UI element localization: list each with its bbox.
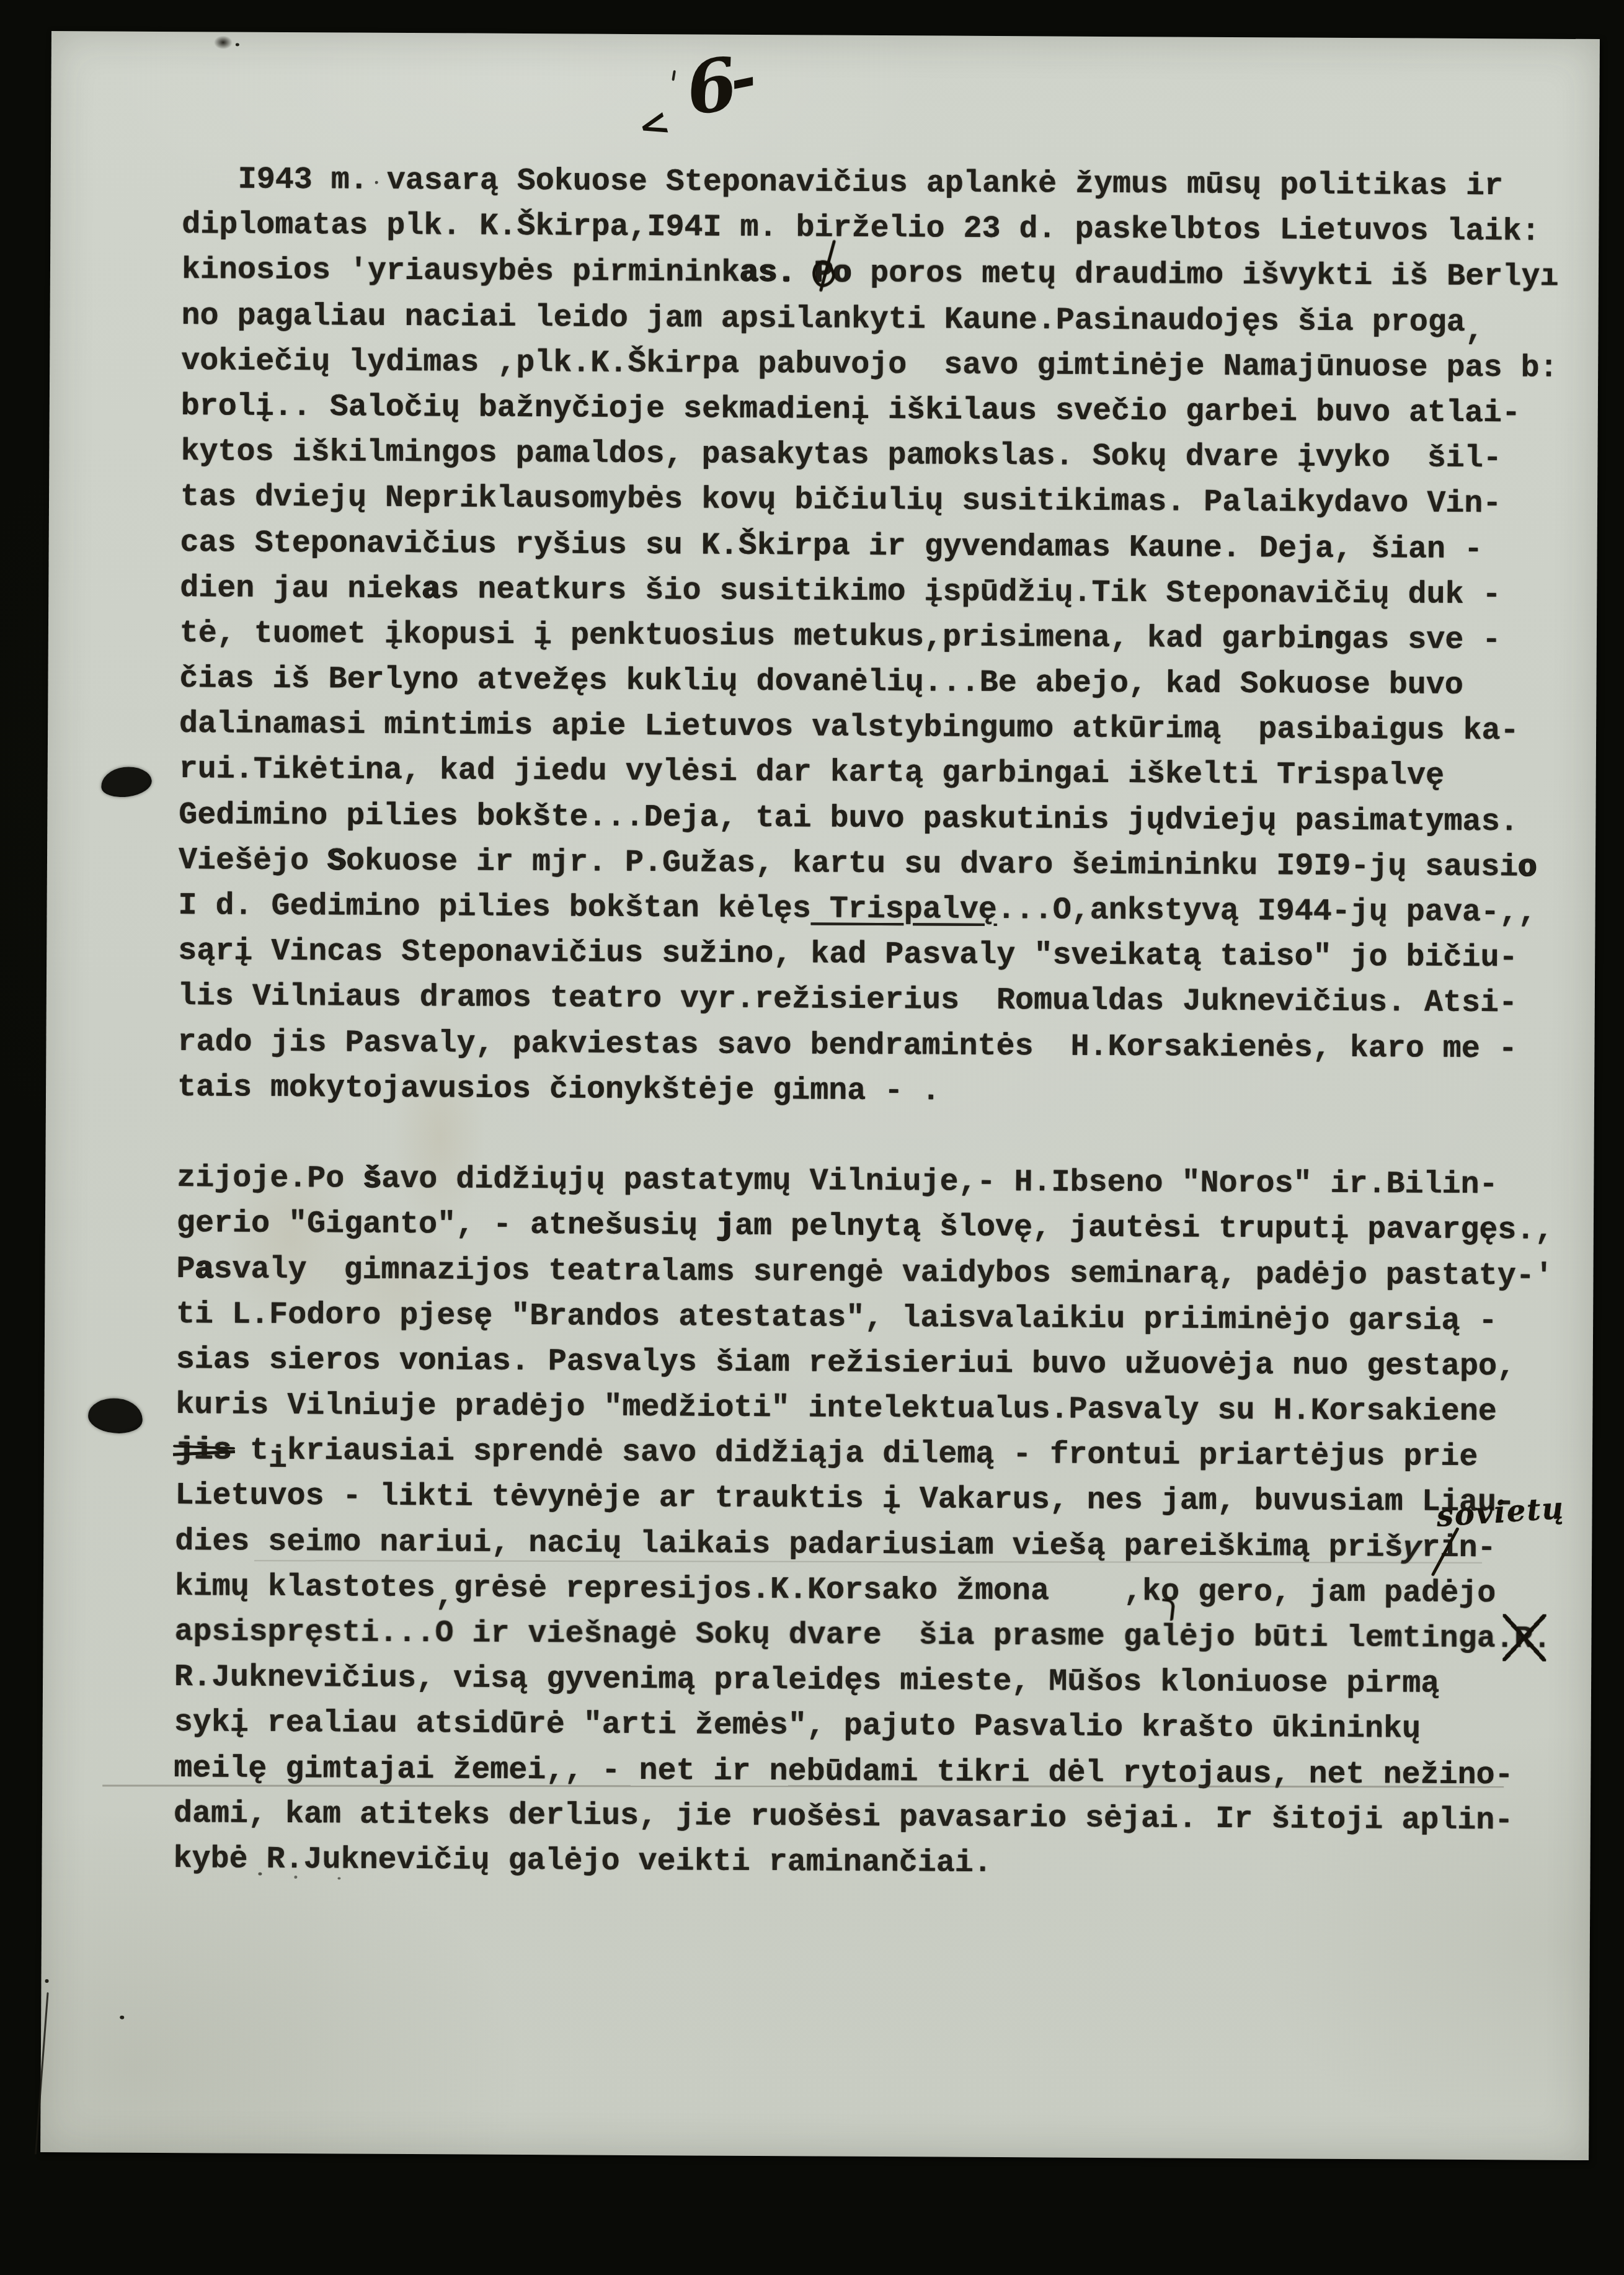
typed-segment: avo didžiųjų pastatymų Vilniuje,- H.Ibse…: [381, 1162, 1498, 1203]
typed-line: gerio "Giganto", - atnešusių jam pelnytą…: [177, 1201, 1554, 1253]
typed-line: apsispręsti...O ir viešnagė Sokų dvare š…: [174, 1609, 1551, 1662]
typed-segment: n: [1315, 622, 1333, 657]
typed-line: Lietuvos - likti tėvynėje ar trauktis į …: [175, 1474, 1552, 1526]
typed-line: I943 m. vasarą Sokuose Steponavičius apl…: [182, 157, 1560, 210]
typed-segment: rui.Tikėtina, kad jiedu vylėsi dar kartą…: [179, 752, 1445, 795]
typed-line: jis tikriausiai sprendė savo didžiąja di…: [175, 1428, 1553, 1480]
handwritten-check-mark: <: [634, 102, 674, 146]
typed-segment: cas Steponavičius ryšius su K.Škirpa ir …: [180, 525, 1483, 568]
typed-segment: rado jis Pasvaly, pakviestas savo bendra…: [177, 1025, 1517, 1067]
typed-segment: Viešėjo: [179, 843, 327, 879]
typed-segment: kinosios 'yriausybės pirminink: [182, 252, 740, 291]
typed-segment: I d. Gedimino pilies bokštan kėlęs: [178, 888, 810, 927]
typed-segment: apsispręsti...O ir viešnagė Sokų dvare š…: [174, 1614, 1161, 1655]
typed-line: kybė R.Juknevičių galėjo veikti raminanč…: [173, 1836, 1550, 1889]
typed-line: cas Steponavičius ryšius su K.Škirpa ir …: [180, 520, 1557, 573]
typed-segment: R: [1514, 1621, 1533, 1657]
typed-segment: l: [1161, 1619, 1179, 1655]
typed-segment: kriausiai sprendė savo didžiąja dilemą -…: [287, 1433, 1478, 1475]
typed-segment: rin-: [1421, 1530, 1496, 1566]
typed-segment: ti L.Fodoro pjesę "Brandos atestatas", l…: [176, 1297, 1498, 1339]
paper-speck: [45, 1979, 49, 1983]
typed-segment: kimų klastotes: [175, 1569, 435, 1606]
typed-segment: no pagaliau naciai leido jam apsilankyti…: [181, 298, 1465, 341]
typed-line: vokiečių lydimas ,plk.K.Škirpa pabuvojo …: [181, 339, 1558, 391]
typed-segment: R.Juknevičius, visą gyvenimą praleidęs m…: [174, 1660, 1440, 1702]
typed-segment: j: [716, 1209, 735, 1244]
typed-line: tas dviejų Nepriklausomybės kovų bičiuli…: [180, 474, 1558, 527]
typed-line: dalinamasi mintimis apie Lietuvos valsty…: [179, 701, 1556, 754]
paper-speck: [294, 1876, 297, 1879]
scanned-document-background: 6 - < I943 m. vasarą Sokuose Steponaviči…: [0, 0, 1624, 2275]
typed-segment: čias iš Berlyno atvežęs kuklių dovanėlių…: [179, 661, 1463, 703]
typed-segment: sąrį Vincas Steponavičius sužino, kad Pa…: [178, 933, 1518, 976]
typed-segment: tė, tuomet įkopusi į penktuosius metukus…: [180, 616, 1315, 657]
typed-line: no pagaliau naciai leido jam apsilankyti…: [181, 293, 1558, 346]
typed-segment: S: [327, 844, 346, 879]
typed-segment: i: [268, 1441, 287, 1477]
typed-segment: lis Vilniaus dramos teatro vyr.režisieri…: [178, 979, 1518, 1021]
typed-segment: poros metų draudimo išvykti iš Berlyı: [851, 256, 1558, 295]
typed-line: ti L.Fodoro pjesę "Brandos atestatas", l…: [176, 1292, 1553, 1345]
typed-segment: Trispalvę: [811, 891, 997, 928]
typed-line: dien jau niekas neatkurs šio susitikimo …: [180, 566, 1557, 618]
typed-segment: [796, 256, 814, 292]
typed-segment: gerio "Giganto", - atnešusių: [177, 1206, 716, 1244]
typed-text: I943 m. vasarą Sokuose Steponavičius apl…: [173, 157, 1559, 1889]
typed-segment: s neatkurs šio susitikimo įspūdžių.Tik S…: [440, 572, 1501, 613]
typed-segment: o: [1518, 850, 1537, 885]
typed-segment: dies seimo nariui, nacių laikais padariu…: [175, 1524, 1403, 1565]
paper-speck: [337, 1877, 340, 1879]
typed-line: R.Juknevičius, visą gyvenimą praleidęs m…: [174, 1655, 1551, 1707]
typed-segment: dalinamasi mintimis apie Lietuvos valsty…: [179, 706, 1519, 749]
typed-segment: ,: [1465, 313, 1484, 349]
paper-speck: [236, 43, 239, 47]
typed-line: sias sieros vonias. Pasvalys šiam režisi…: [176, 1337, 1553, 1390]
typed-segment: am pelnytą šlovę, jautėsi truputį pavarg…: [735, 1209, 1553, 1249]
typed-line: I d. Gedimino pilies bokštan kėlęs Trisp…: [178, 883, 1555, 936]
typed-segment: ...O,ankstyvą I944-jų pava-,,: [997, 893, 1537, 931]
typed-segment: diplomatas plk. K.Škirpa,I94I m. birželi…: [182, 207, 1540, 249]
typed-line: Pasvaly gimnazijos teatralams surengė va…: [176, 1247, 1553, 1299]
typed-segment: sykį realiau atsidūrė "arti žemės", paju…: [174, 1705, 1421, 1747]
typed-line: brolį.. Saločių bažnyčioje sekmadienį iš…: [181, 384, 1558, 437]
paper-speck: [258, 1872, 262, 1876]
typed-line: kinosios 'yriausybės pirmininkas. Po por…: [182, 247, 1559, 300]
typed-segment: gas sve -: [1333, 622, 1501, 658]
document-page: 6 - < I943 m. vasarą Sokuose Steponaviči…: [40, 31, 1600, 2160]
typed-line: kytos iškilmingos pamaldos, pasakytas pa…: [180, 429, 1558, 482]
paper-speck: [120, 2016, 124, 2019]
typed-line: rui.Tikėtina, kad jiedu vylėsi dar kartą…: [179, 747, 1556, 800]
typed-segment: š: [363, 1162, 381, 1197]
typed-segment: t: [231, 1433, 268, 1469]
typed-segment: I943 m. vasarą Sokuose Steponavičius apl…: [182, 162, 1504, 204]
typed-segment: dami, kam atiteks derlius, jie ruošėsi p…: [174, 1796, 1514, 1838]
typed-segment: Gedimino pilies bokšte...Deja, tai buvo …: [179, 798, 1519, 840]
typed-segment: a: [422, 572, 440, 607]
typed-line: dami, kam atiteks derlius, jie ruošėsi p…: [174, 1791, 1551, 1844]
typed-segment: Po: [814, 256, 851, 292]
typed-segment: grėsė represijos.K.Korsako žmona ,ko ger…: [454, 1570, 1496, 1611]
ink-smudge: [214, 35, 233, 49]
hole-punch-top: [99, 764, 153, 799]
typed-line: Viešėjo Sokuose ir mjr. P.Gužas, kartu s…: [179, 838, 1556, 891]
typed-segment: jis: [175, 1433, 231, 1468]
typed-segment: okuose ir mjr. P.Gužas, kartu su dvaro š…: [346, 844, 1519, 885]
typed-line: lis Vilniaus dramos teatro vyr.režisieri…: [178, 974, 1555, 1026]
typed-segment: tais mokytojavusios čionykštėje gimna - …: [177, 1070, 940, 1109]
typed-segment: Lietuvos - likti tėvynėje ar trauktis į …: [175, 1479, 1515, 1521]
typed-segment: ėjo būti lemtinga.: [1179, 1620, 1514, 1657]
typed-segment: tas dviejų Nepriklausomybės kovų bičiuli…: [180, 479, 1502, 522]
typed-line: sąrį Vincas Steponavičius sužino, kad Pa…: [178, 928, 1555, 981]
handwritten-insertion-word: sovietų: [1435, 1494, 1565, 1531]
typed-line: tė, tuomet įkopusi į penktuosius metukus…: [180, 611, 1557, 664]
typed-segment: zijoje.Po: [177, 1160, 363, 1197]
typed-segment: vokiečių lydimas ,plk.K.Škirpa pabuvojo …: [181, 344, 1558, 386]
typed-segment: ,: [435, 1578, 454, 1614]
typed-line: zijoje.Po šavo didžiųjų pastatymų Vilniu…: [177, 1155, 1554, 1208]
typed-line: Gedimino pilies bokšte...Deja, tai buvo …: [179, 793, 1556, 845]
typed-line: rado jis Pasvaly, pakviestas savo bendra…: [177, 1020, 1555, 1072]
typed-segment: kytos iškilmingos pamaldos, pasakytas pa…: [180, 434, 1502, 476]
typed-line: kuris Vilniuje pradėjo "medžioti" intele…: [175, 1382, 1553, 1435]
typed-line: meilę gimtajai žemei,, - net ir nebūdami…: [174, 1746, 1551, 1799]
typed-segment: brolį.. Saločių bažnyčioje sekmadienį iš…: [181, 389, 1521, 431]
typed-segment: a: [195, 1252, 213, 1287]
edge-crease-line: [35, 1992, 49, 2154]
typed-segment: dien jau niek: [180, 571, 422, 607]
typed-line: sykį realiau atsidūrė "arti žemės", paju…: [174, 1700, 1551, 1753]
typed-line: dies seimo nariui, nacių laikais padariu…: [175, 1519, 1552, 1572]
typed-line: diplomatas plk. K.Škirpa,I94I m. birželi…: [182, 202, 1559, 255]
hole-punch-bottom: [87, 1396, 144, 1436]
typed-line: [177, 1110, 1555, 1163]
typed-line: kimų klastotes,grėsė represijos.K.Korsak…: [175, 1564, 1552, 1617]
paper-speck: [375, 181, 378, 184]
pen-tick-mark: [672, 70, 676, 81]
typed-line: tais mokytojavusios čionykštėje gimna - …: [177, 1065, 1555, 1118]
typed-segment: as.: [740, 256, 796, 291]
typed-segment: sias sieros vonias. Pasvalys šiam režisi…: [176, 1342, 1516, 1384]
typed-line: čias iš Berlyno atvežęs kuklių dovanėlių…: [179, 656, 1556, 709]
typed-segment: P: [176, 1252, 195, 1287]
typed-segment: svaly gimnazijos teatralams surengė vaid…: [213, 1252, 1553, 1294]
typed-segment: kuris Vilniuje pradėjo "medžioti" intele…: [175, 1387, 1497, 1430]
